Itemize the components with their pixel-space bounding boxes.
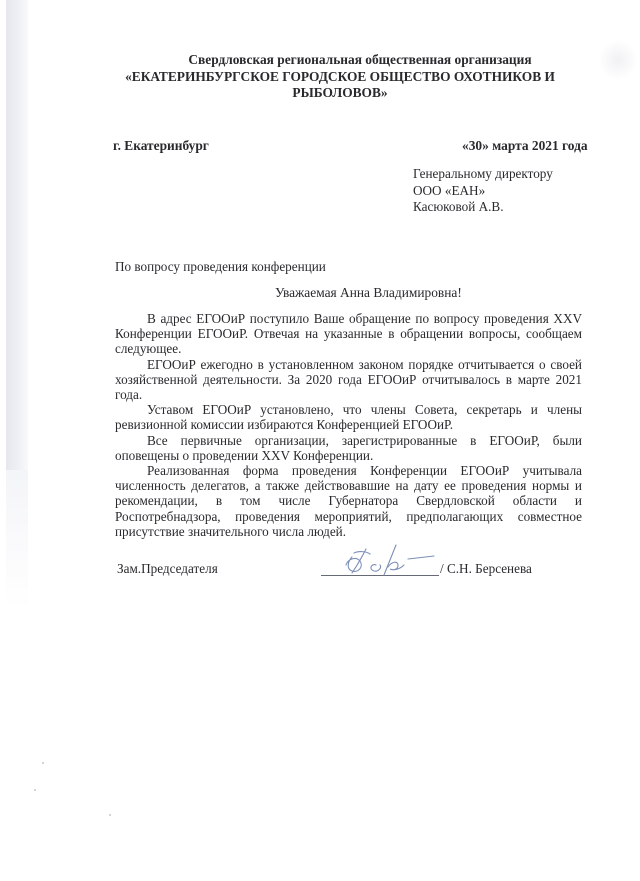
letterhead-org-name-cont: РЫБОЛОВОВ» bbox=[100, 85, 580, 101]
signature-block: Зам.Председателя / С.Н. Берсенева bbox=[0, 553, 640, 583]
body-paragraph: ЕГООиР ежегодно в установленном законом … bbox=[115, 357, 582, 403]
letterhead-org-name: «ЕКАТЕРИНБУРГСКОЕ ГОРОДСКОЕ ОБЩЕСТВО ОХО… bbox=[100, 69, 580, 85]
letter-place: г. Екатеринбург bbox=[113, 138, 209, 154]
addressee-organization: ООО «ЕАН» bbox=[413, 183, 553, 200]
letter-body: В адрес ЕГООиР поступило Ваше обращение … bbox=[115, 311, 582, 539]
scan-page-edge-shadow bbox=[6, 0, 28, 470]
letter-date: «30» марта 2021 года bbox=[462, 138, 588, 154]
scan-smudge bbox=[600, 40, 636, 80]
scan-page-edge-fade bbox=[6, 470, 28, 610]
body-paragraph: Реализованная форма проведения Конференц… bbox=[115, 463, 582, 539]
addressee-position: Генеральному директору bbox=[413, 166, 553, 183]
letter-subject: По вопросу проведения конференции bbox=[115, 259, 326, 275]
letterhead-org-type: Свердловская региональная общественная о… bbox=[100, 52, 580, 68]
body-paragraph: Все первичные организации, зарегистриров… bbox=[115, 433, 582, 463]
letterhead: Свердловская региональная общественная о… bbox=[100, 52, 580, 101]
body-paragraph: Уставом ЕГООиР установлено, что члены Со… bbox=[115, 402, 582, 432]
handwritten-signature-icon bbox=[338, 543, 438, 577]
signatory-role: Зам.Председателя bbox=[117, 561, 218, 577]
addressee-name: Касюковой А.В. bbox=[413, 199, 553, 216]
letter-greeting: Уважаемая Анна Владимировна! bbox=[275, 285, 462, 301]
addressee-block: Генеральному директору ООО «ЕАН» Касюков… bbox=[413, 166, 553, 216]
body-paragraph: В адрес ЕГООиР поступило Ваше обращение … bbox=[115, 311, 582, 357]
signatory-name: / С.Н. Берсенева bbox=[440, 561, 532, 577]
